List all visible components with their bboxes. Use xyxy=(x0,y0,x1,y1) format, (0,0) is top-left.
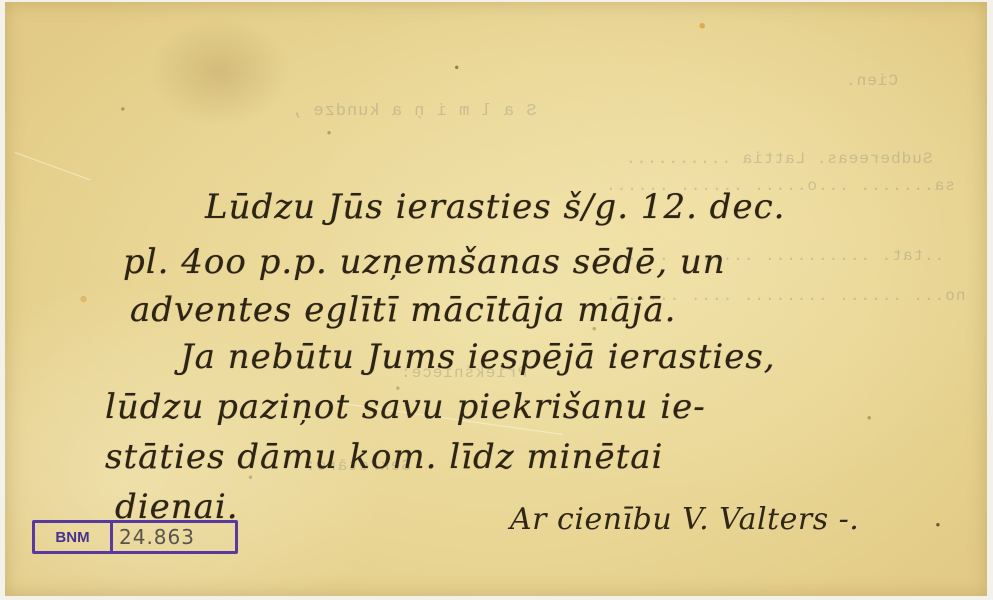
museum-inventory-stamp: BNM 24.863 xyxy=(32,520,238,554)
stamp-label: BNM xyxy=(35,523,113,551)
handwritten-line-4: Ja nebūtu Jums iespējā ierasties, xyxy=(180,337,776,377)
bleed-through-salutation: Cien. xyxy=(845,72,898,90)
paper-crease xyxy=(15,152,91,180)
handwritten-line-5: lūdzu paziņot savu piekrišanu ie- xyxy=(105,387,706,427)
handwritten-line-3: adventes eglītī mācītāja mājā. xyxy=(130,290,676,330)
bleed-through-addressee: S a l m i ņ a kundze , xyxy=(290,102,536,121)
scanned-document: Cien. S a l m i ņ a kundze , Sudbereeas.… xyxy=(0,0,993,600)
bleed-through-line: Sudbereeas. Lattia .......... xyxy=(625,150,932,168)
stamp-inventory-number: 24.863 xyxy=(113,523,235,551)
handwritten-line-2: pl. 4oo p.p. uzņemšanas sēdē, un xyxy=(123,242,726,282)
handwritten-line-1: Lūdzu Jūs ierasties š/g. 12. dec. xyxy=(205,187,785,227)
aged-paper-card: Cien. S a l m i ņ a kundze , Sudbereeas.… xyxy=(5,2,987,596)
signature: Ar cienību V. Valters -. xyxy=(510,502,859,537)
handwritten-line-6: stāties dāmu kom. līdz minētai xyxy=(105,437,663,477)
